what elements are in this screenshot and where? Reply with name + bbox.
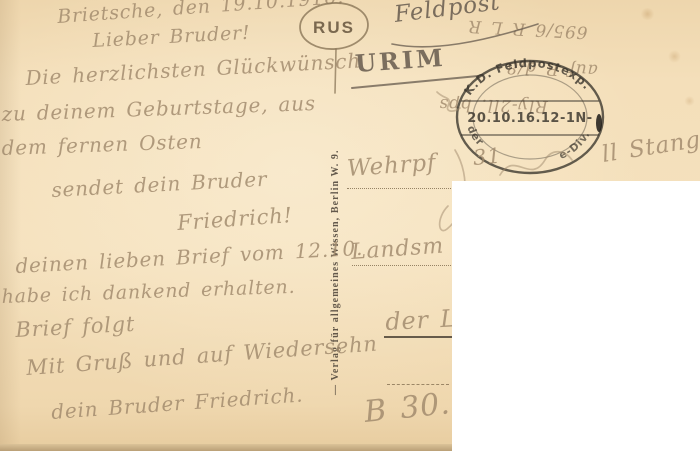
- postcard-bottom-edge: [0, 444, 452, 451]
- postcard-back: — Verlag für allgemeines Wissen, Berlin …: [0, 0, 700, 451]
- flourish-squiggle: [437, 92, 460, 111]
- flourish-loops: [500, 152, 572, 175]
- white-cutout-overlay: [452, 181, 700, 451]
